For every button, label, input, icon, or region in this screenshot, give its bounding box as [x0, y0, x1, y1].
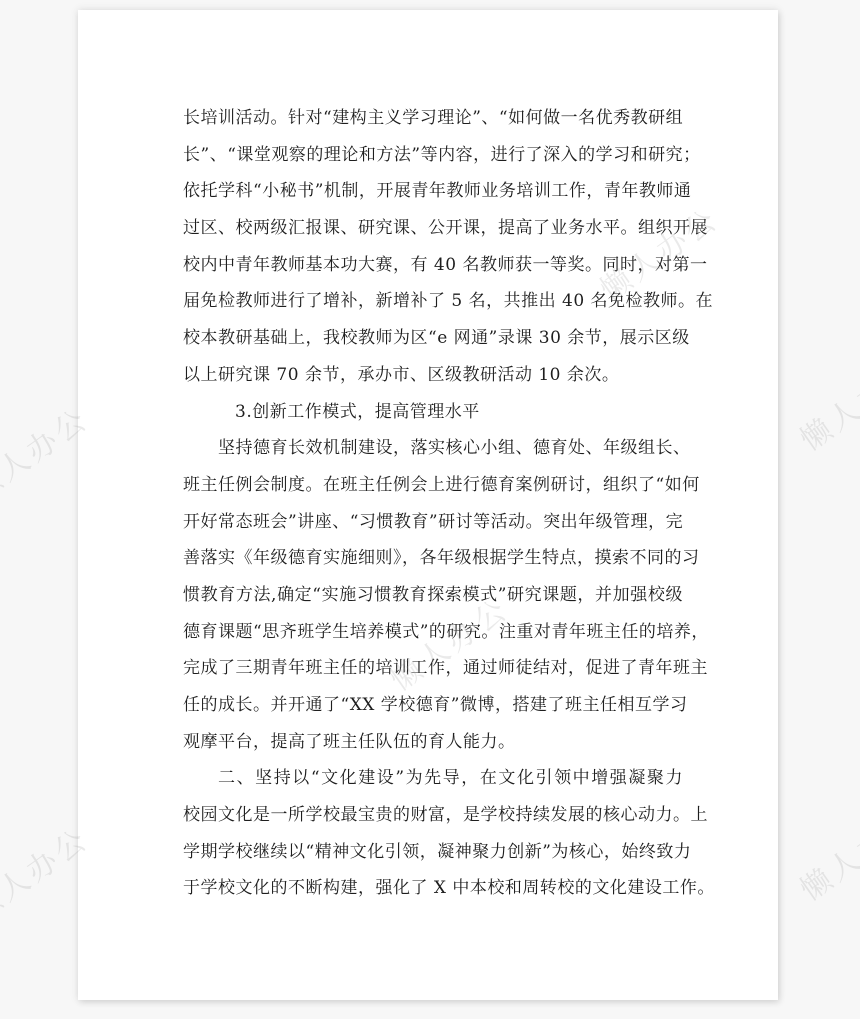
watermark: 懒人办公 — [790, 345, 860, 459]
watermark: 懒人办公 — [790, 795, 860, 909]
text-line: 班主任例会制度。在班主任例会上进行德育案例研讨，组织了“如何 — [183, 467, 683, 504]
section-heading: 二、坚持以“文化建设”为先导，在文化引领中增强凝聚力 — [183, 760, 683, 797]
text-line: 校内中青年教师基本功大赛，有 40 名教师获一等奖。同时，对第一 — [183, 247, 683, 284]
text-line: 校本教研基础上，我校教师为区“e 网通”录课 30 余节，展示区级 — [183, 320, 683, 357]
text-line: 依托学科“小秘书”机制，开展青年教师业务培训工作，青年教师通 — [183, 173, 683, 210]
text-line: 观摩平台，提高了班主任队伍的育人能力。 — [183, 724, 683, 761]
text-line: 德育课题“思齐班学生培养模式”的研究。注重对青年班主任的培养， — [183, 614, 683, 651]
text-line: 学期学校继续以“精神文化引领，凝神聚力创新”为核心，始终致力 — [183, 834, 683, 871]
text-line: 开好常态班会”讲座、“习惯教育”研讨等活动。突出年级管理，完 — [183, 504, 683, 541]
text-line: 校园文化是一所学校最宝贵的财富，是学校持续发展的核心动力。上 — [183, 797, 683, 834]
text-line: 善落实《年级德育实施细则》，各年级根据学生特点，摸索不同的习 — [183, 540, 683, 577]
text-line: 以上研究课 70 余节，承办市、区级教研活动 10 余次。 — [183, 357, 683, 394]
text-line: 长培训活动。针对“建构主义学习理论”、“如何做一名优秀教研组 — [183, 100, 683, 137]
text-line: 惯教育方法,确定“实施习惯教育探索模式”研究课题，并加强校级 — [183, 577, 683, 614]
text-line: 于学校文化的不断构建，强化了 X 中本校和周转校的文化建设工作。 — [183, 870, 683, 907]
document-viewer[interactable]: 长培训活动。针对“建构主义学习理论”、“如何做一名优秀教研组 长”、“课堂观察的… — [0, 0, 860, 1019]
text-line: 任的成长。并开通了“XX 学校德育”微博，搭建了班主任相互学习 — [183, 687, 683, 724]
paragraph-first-line: 坚持德育长效机制建设，落实核心小组、德育处、年级组长、 — [183, 430, 683, 467]
section-heading: 3.创新工作模式，提高管理水平 — [183, 394, 683, 431]
page-body: 长培训活动。针对“建构主义学习理论”、“如何做一名优秀教研组 长”、“课堂观察的… — [183, 100, 683, 907]
text-line: 完成了三期青年班主任的培训工作，通过师徒结对，促进了青年班主 — [183, 650, 683, 687]
text-line: 过区、校两级汇报课、研究课、公开课，提高了业务水平。组织开展 — [183, 210, 683, 247]
text-line: 届免检教师进行了增补，新增补了 5 名，共推出 40 名免检教师。在 — [183, 283, 683, 320]
text-line: 长”、“课堂观察的理论和方法”等内容，进行了深入的学习和研究； — [183, 137, 683, 174]
document-page: 长培训活动。针对“建构主义学习理论”、“如何做一名优秀教研组 长”、“课堂观察的… — [78, 10, 778, 1000]
